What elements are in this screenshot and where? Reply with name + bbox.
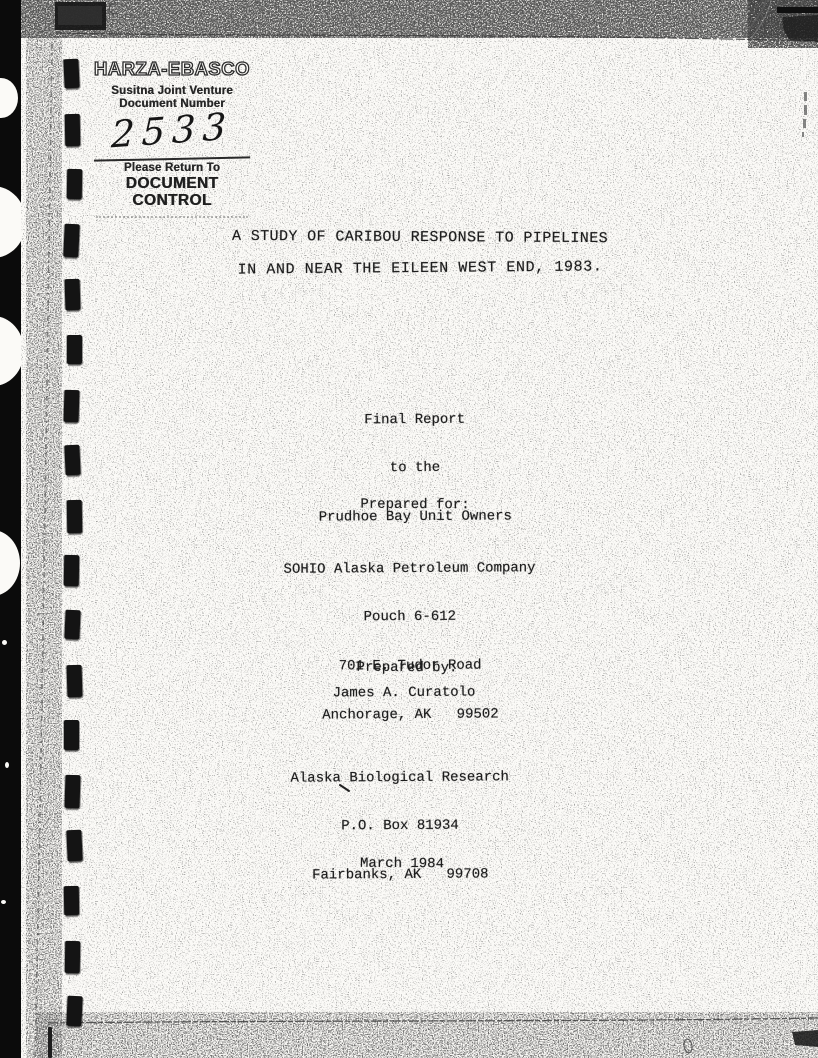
binding-hole [64, 555, 79, 586]
binding-hole [64, 885, 79, 914]
stamp-dotted-underline [96, 216, 248, 218]
binding-hole [64, 720, 79, 750]
binding-hole [64, 389, 80, 421]
prepared-by-heading: Prepared by: [322, 659, 492, 676]
prepared-for-heading: Prepared for: [330, 496, 500, 513]
prepared-by-author: James A. Curatolo [294, 684, 514, 701]
prepared-by-address1: P.O. Box 81934 [275, 818, 525, 836]
binding-hole [64, 775, 80, 808]
scanned-document-page: HARZA-EBASCO Susitna Joint Venture Docum… [0, 0, 818, 1058]
stamp-return-note-line1: Please Return To [90, 162, 254, 175]
binding-hole [64, 610, 80, 640]
binding-hole [65, 279, 81, 310]
stamp-org-text: HARZA-EBASCO [94, 58, 250, 79]
stamp-return-note-line2: DOCUMENT CONTROL [90, 175, 254, 209]
binding-hole [63, 59, 79, 89]
binding-hole [67, 169, 82, 199]
report-title-line1: A STUDY OF CARIBOU RESPONSE TO PIPELINES [200, 228, 640, 248]
handwritten-document-number: 2533 [110, 109, 233, 154]
report-type-line2: to the [300, 460, 530, 478]
prepared-by-org: Alaska Biological Research [275, 769, 525, 787]
report-date: March 1984 [327, 856, 477, 873]
prepared-for-block: SOHIO Alaska Petroleum Company Pouch 6-6… [279, 527, 540, 757]
stamp-org-wordmark: HARZA-EBASCO [90, 58, 254, 80]
binding-hole [66, 995, 82, 1026]
report-type-line1: Final Report [300, 411, 530, 429]
binding-hole [66, 830, 82, 862]
prepared-for-address1: Pouch 6-612 [280, 609, 540, 627]
binding-hole [67, 500, 83, 533]
binding-hole [64, 444, 80, 475]
prepared-for-address3: Anchorage, AK 99502 [280, 706, 540, 724]
report-title-line2: IN AND NEAR THE EILEEN WEST END, 1983. [220, 258, 620, 278]
binding-hole [63, 224, 80, 258]
binding-hole [67, 335, 82, 364]
binding-hole [65, 114, 81, 146]
binding-hole [67, 665, 83, 697]
prepared-by-block: Alaska Biological Research P.O. Box 8193… [274, 736, 525, 917]
prepared-for-org: SOHIO Alaska Petroleum Company [280, 560, 540, 578]
binding-hole [65, 940, 81, 972]
stamp-org-subtitle: Susitna Joint Venture [90, 85, 254, 98]
document-control-stamp: HARZA-EBASCO Susitna Joint Venture Docum… [90, 58, 254, 218]
